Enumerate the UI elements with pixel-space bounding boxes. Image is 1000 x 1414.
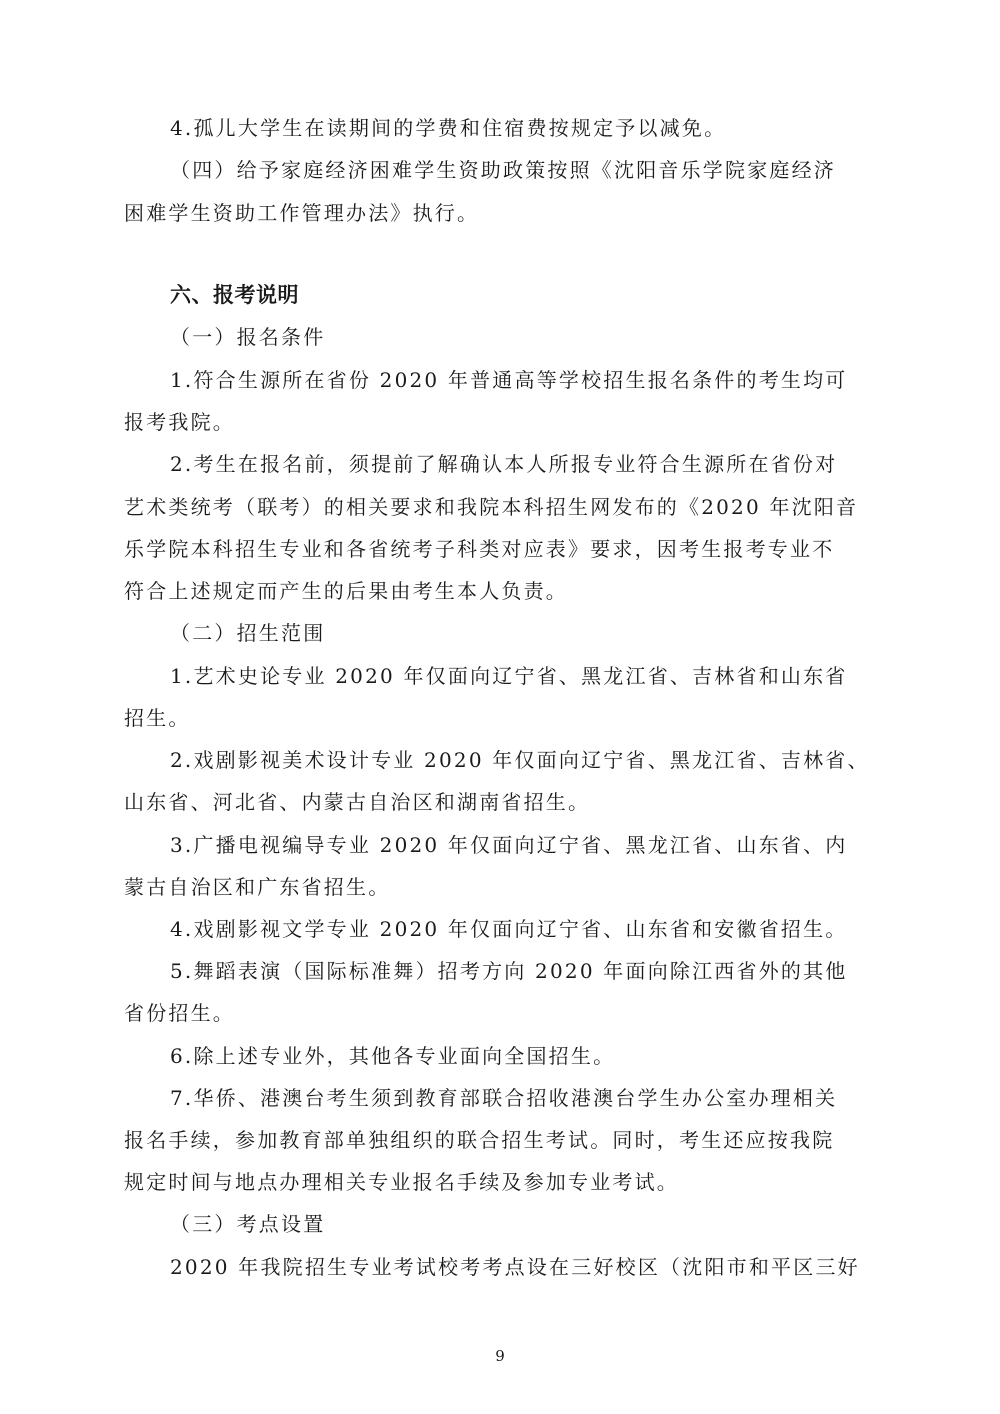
text-line: 5.舞蹈表演（国际标准舞）招考方向 2020 年面向除江西省外的其他	[170, 957, 880, 985]
page-number: 9	[0, 1346, 1000, 1366]
text-line: 招生。	[124, 704, 880, 732]
text-line: 4.戏剧影视文学专业 2020 年仅面向辽宁省、山东省和安徽省招生。	[170, 915, 880, 943]
text-line: 省份招生。	[124, 999, 880, 1027]
text-line: （二）招生范围	[170, 619, 880, 647]
text-line: 6.除上述专业外，其他各专业面向全国招生。	[170, 1042, 880, 1070]
section-heading: 六、报考说明	[170, 281, 880, 309]
text-line: 规定时间与地点办理相关专业报名手续及参加专业考试。	[124, 1168, 880, 1196]
text-line: 艺术类统考（联考）的相关要求和我院本科招生网发布的《2020 年沈阳音	[124, 493, 880, 521]
text-line: 7.华侨、港澳台考生须到教育部联合招收港澳台学生办公室办理相关	[170, 1084, 880, 1112]
text-line: 蒙古自治区和广东省招生。	[124, 873, 880, 901]
text-line: 乐学院本科招生专业和各省统考子科类对应表》要求，因考生报考专业不	[124, 535, 880, 563]
text-line: 2.戏剧影视美术设计专业 2020 年仅面向辽宁省、黑龙江省、吉林省、	[170, 746, 880, 774]
text-line: 2.考生在报名前，须提前了解确认本人所报专业符合生源所在省份对	[170, 450, 880, 478]
text-line: 1.符合生源所在省份 2020 年普通高等学校招生报名条件的考生均可	[170, 366, 880, 394]
text-line: 2020 年我院招生专业考试校考考点设在三好校区（沈阳市和平区三好	[170, 1253, 880, 1281]
text-line: 1.艺术史论专业 2020 年仅面向辽宁省、黑龙江省、吉林省和山东省	[170, 662, 880, 690]
text-line: （四）给予家庭经济困难学生资助政策按照《沈阳音乐学院家庭经济	[170, 156, 880, 184]
text-line: 山东省、河北省、内蒙古自治区和湖南省招生。	[124, 788, 880, 816]
text-line: （一）报名条件	[170, 323, 880, 351]
text-line: 3.广播电视编导专业 2020 年仅面向辽宁省、黑龙江省、山东省、内	[170, 831, 880, 859]
text-line: 报名手续，参加教育部单独组织的联合招生考试。同时，考生还应按我院	[124, 1126, 880, 1154]
text-line: 4.孤儿大学生在读期间的学费和住宿费按规定予以减免。	[170, 114, 880, 142]
text-line: 困难学生资助工作管理办法》执行。	[124, 199, 880, 227]
text-line: 符合上述规定而产生的后果由考生本人负责。	[124, 577, 880, 605]
text-line: 报考我院。	[124, 408, 880, 436]
text-line: （三）考点设置	[170, 1210, 880, 1238]
document-page: 4.孤儿大学生在读期间的学费和住宿费按规定予以减免。（四）给予家庭经济困难学生资…	[0, 0, 1000, 1414]
